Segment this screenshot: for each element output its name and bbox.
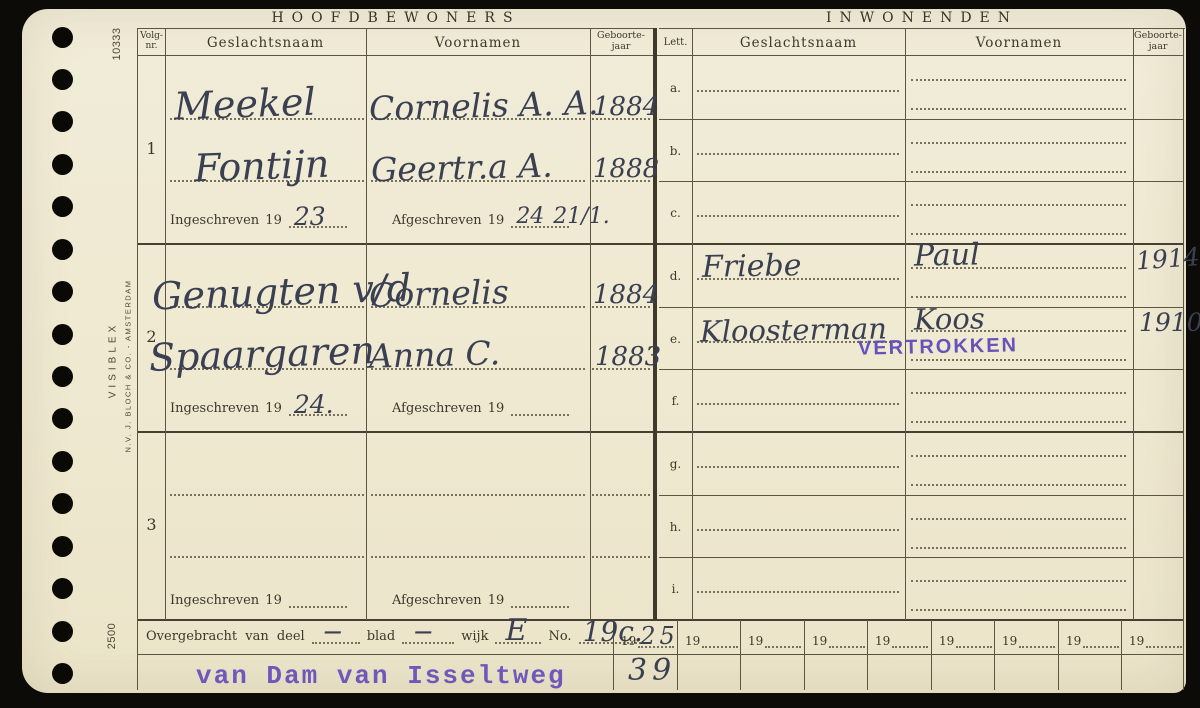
afgeschreven-row-g3: Afgeschreven 19 [392, 592, 569, 608]
row-letter-a: a. [659, 82, 692, 96]
v-rule [366, 28, 367, 620]
h-rule [659, 369, 1183, 370]
year-leader [892, 633, 928, 648]
v-rule [165, 28, 166, 620]
punch-hole [52, 493, 73, 514]
h-rule [659, 181, 1183, 182]
header-lett: Lett. [659, 37, 692, 49]
h-rule [137, 28, 655, 29]
year-cell-8: 19 [1129, 632, 1182, 648]
year-value-0: 25 [640, 624, 679, 648]
dotted-line [911, 484, 1126, 486]
ingeschreven-label: Ingeschreven 19 [170, 213, 282, 228]
dotted-line [911, 79, 1126, 81]
row-letter-g: g. [659, 458, 692, 472]
margin-publisher: N.V. J. BLOCH & CO. - AMSTERDAM [124, 280, 133, 453]
g2-entry2-geslachtsnaam: Spaargaren [148, 331, 375, 377]
year-cell-2: 19 [748, 632, 801, 648]
year-leader [1019, 633, 1055, 648]
transfer-label-no: No. [548, 629, 571, 644]
transfer-row: Overgebracht van deel — blad — wijk E No… [146, 628, 641, 644]
transfer-label-blad: blad [367, 629, 396, 644]
ingeschreven-row-g1: Ingeschreven 19 23 [170, 212, 347, 228]
year-cell-1: 19 [685, 632, 738, 648]
h-rule [137, 55, 1183, 56]
header-geslachtsnaam-left: Geslachtsnaam [165, 36, 366, 52]
year-prefix: 19 [748, 634, 763, 648]
dotted-line [911, 142, 1126, 144]
afgeschreven-label: Afgeschreven 19 [392, 213, 504, 228]
v-rule [1058, 620, 1059, 690]
v-rule [931, 620, 932, 690]
dotted-line [697, 90, 899, 92]
punch-hole [52, 281, 73, 302]
afgeschreven-leader [511, 401, 569, 416]
punch-hole [52, 196, 73, 217]
g2-entry2-voornamen: Anna C. [369, 336, 501, 372]
dotted-line [911, 580, 1126, 582]
dotted-line [911, 233, 1126, 235]
punch-hole [52, 621, 73, 642]
wijk-leader: E [495, 629, 541, 644]
blad-leader: — [402, 629, 454, 644]
dotted-line [371, 556, 585, 558]
g1-entry1-geboortejaar: 1884 [593, 94, 659, 120]
dotted-line [170, 556, 364, 558]
dotted-line [170, 494, 364, 496]
transfer-label-wijk: wijk [461, 629, 488, 644]
year-prefix: 19 [939, 634, 954, 648]
h-rule [659, 28, 1185, 29]
row-d-geboortejaar: 1914. [1135, 244, 1200, 274]
year-prefix: 19 [1066, 634, 1081, 648]
punch-hole [52, 536, 73, 557]
h-rule [659, 557, 1183, 558]
dotted-line [697, 215, 899, 217]
ingeschreven-row-g3: Ingeschreven 19 [170, 592, 347, 608]
dotted-line [697, 591, 899, 593]
dotted-line [697, 403, 899, 405]
margin-serial-number: 10333 [111, 27, 123, 60]
punch-hole [52, 324, 73, 345]
g1-entry2-voornamen: Geertr.a A. [371, 149, 553, 187]
dotted-line [911, 171, 1126, 173]
dotted-line [911, 421, 1126, 423]
v-rule [1133, 28, 1134, 620]
v-rule [994, 620, 995, 690]
house-number: 39 [628, 656, 676, 686]
afgeschreven-value: 24 21/1. [516, 206, 609, 228]
header-volgnr: Volg-nr. [138, 31, 165, 52]
vertrokken-stamp: VERTROKKEN [858, 334, 1018, 360]
dotted-line [911, 518, 1126, 520]
year-prefix: 19 [812, 634, 827, 648]
punch-hole [52, 69, 73, 90]
dotted-line [911, 547, 1126, 549]
g2-entry1-geboortejaar: 1884 [593, 282, 659, 308]
g1-entry1-voornamen: Cornelis A. A. [369, 86, 599, 125]
margin-print-run: 2500 [106, 623, 118, 649]
dotted-line [911, 392, 1126, 394]
year-leader [1146, 633, 1182, 648]
h-rule-thick [137, 431, 1183, 433]
ingeschreven-row-g2: Ingeschreven 19 24. [170, 400, 347, 416]
margin-brand-name: VISIBLEX [108, 322, 119, 398]
punch-hole [52, 239, 73, 260]
year-leader [1083, 633, 1119, 648]
year-cell-6: 19 [1002, 632, 1055, 648]
header-voornamen-left: Voornamen [366, 36, 590, 52]
g1-entry2-geboortejaar: 1888 [593, 156, 659, 182]
row-d-voornamen: Paul [914, 240, 980, 271]
punch-hole [52, 111, 73, 132]
row-d-geslachtsnaam: Friebe [702, 251, 802, 283]
dotted-line [911, 296, 1126, 298]
row-letter-c: c. [659, 207, 692, 221]
h-rule [659, 119, 1183, 120]
h-rule-thick [137, 619, 1183, 621]
group-number-1: 1 [138, 140, 165, 158]
dotted-line [371, 494, 585, 496]
g1-entry2-geslachtsnaam: Fontijn [193, 145, 330, 188]
year-leader [829, 633, 865, 648]
punch-hole [52, 578, 73, 599]
dotted-line [697, 466, 899, 468]
year-cell-5: 19 [939, 632, 992, 648]
punch-hole [52, 366, 73, 387]
header-voornamen-right: Voornamen [905, 36, 1133, 52]
v-rule [905, 28, 906, 620]
year-prefix: 19 [1129, 634, 1144, 648]
year-cell-3: 19 [812, 632, 865, 648]
punch-hole [52, 451, 73, 472]
v-rule [137, 28, 138, 690]
g1-entry1-geslachtsnaam: Meekel [173, 83, 316, 126]
year-prefix: 19 [875, 634, 890, 648]
afgeschreven-label: Afgeschreven 19 [392, 401, 504, 416]
dotted-line [697, 529, 899, 531]
h-rule-thick [137, 243, 1183, 245]
year-cell-4: 19 [875, 632, 928, 648]
ingeschreven-leader: 23 [289, 213, 347, 228]
dotted-line [911, 359, 1126, 361]
year-prefix: 19 [621, 634, 636, 648]
dotted-line [911, 108, 1126, 110]
row-letter-f: f. [659, 395, 692, 409]
afgeschreven-leader: 24 21/1. [511, 213, 569, 228]
year-leader [956, 633, 992, 648]
punch-hole [52, 27, 73, 48]
punch-hole [52, 154, 73, 175]
ingeschreven-label: Ingeschreven 19 [170, 593, 282, 608]
h-rule [659, 495, 1183, 496]
ingeschreven-value: 24. [294, 392, 334, 417]
punch-hole [52, 663, 73, 684]
row-e-voornamen: Koos [914, 304, 985, 334]
ingeschreven-value: 23 [294, 204, 326, 229]
ingeschreven-leader [289, 593, 347, 608]
row-letter-d: d. [659, 270, 692, 284]
transfer-label-deel: Overgebracht van deel [146, 629, 305, 644]
deel-leader: — [312, 629, 360, 644]
deel-value: — [324, 623, 342, 641]
v-rule [692, 28, 693, 620]
blad-value: — [414, 623, 432, 641]
year-prefix: 19 [685, 634, 700, 648]
year-prefix: 19 [1002, 634, 1017, 648]
row-letter-b: b. [659, 145, 692, 159]
ingeschreven-leader: 24. [289, 401, 347, 416]
v-rule [804, 620, 805, 690]
v-rule [740, 620, 741, 690]
row-letter-i: i. [659, 583, 692, 597]
row-e-geboortejaar: 1910. [1139, 310, 1200, 335]
afgeschreven-label: Afgeschreven 19 [392, 593, 504, 608]
g2-entry2-geboortejaar: 1883 [595, 344, 661, 370]
left-section-title: HOOFDBEWONERS [137, 10, 655, 26]
row-letter-e: e. [659, 333, 692, 347]
wijk-value: E [505, 616, 527, 646]
year-cell-0: 19 25 [621, 632, 674, 648]
year-leader [702, 633, 738, 648]
dotted-line [911, 455, 1126, 457]
v-rule [1183, 28, 1184, 690]
v-rule [1121, 620, 1122, 690]
dotted-line [592, 494, 650, 496]
punch-hole [52, 408, 73, 429]
afgeschreven-row-g2: Afgeschreven 19 [392, 400, 569, 416]
dotted-line [697, 153, 899, 155]
right-section-title: INWONENDEN [659, 10, 1185, 26]
row-letter-h: h. [659, 521, 692, 535]
header-geboortejaar-left: Geboorte-jaar [588, 31, 654, 53]
v-rule [867, 620, 868, 690]
dotted-line [592, 556, 650, 558]
g2-entry1-voornamen: Cornelis [369, 275, 510, 312]
dotted-line [911, 204, 1126, 206]
year-leader: 25 [638, 633, 674, 648]
header-geboortejaar-right: Geboorte-jaar [1131, 31, 1185, 53]
group-number-3: 3 [138, 516, 165, 534]
afgeschreven-row-g1: Afgeschreven 19 24 21/1. [392, 212, 569, 228]
dotted-line [911, 609, 1126, 611]
street-name-stamp: van Dam van Isseltweg [196, 661, 566, 691]
ingeschreven-label: Ingeschreven 19 [170, 401, 282, 416]
year-cell-7: 19 [1066, 632, 1119, 648]
year-leader [765, 633, 801, 648]
afgeschreven-leader [511, 593, 569, 608]
header-geslachtsnaam-right: Geslachtsnaam [692, 36, 905, 52]
